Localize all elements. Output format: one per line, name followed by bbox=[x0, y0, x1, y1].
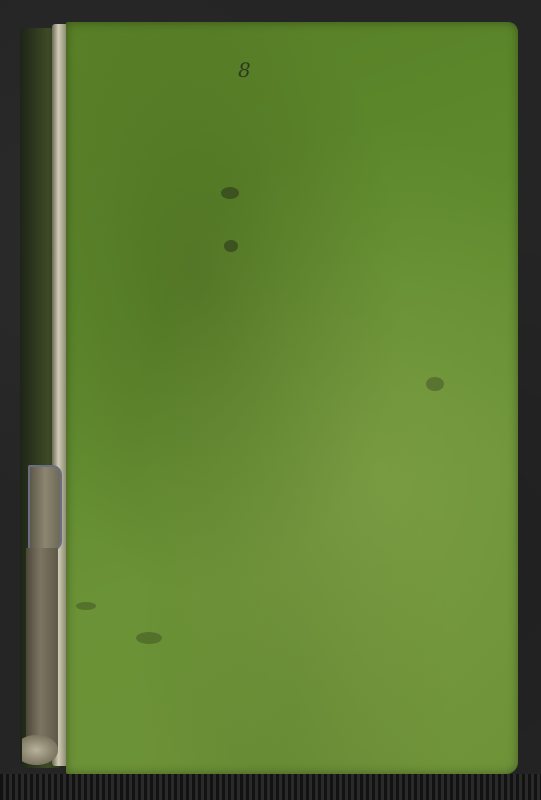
stain bbox=[224, 240, 238, 252]
book-cover bbox=[66, 22, 518, 774]
stain bbox=[76, 602, 96, 610]
stain bbox=[136, 632, 162, 644]
spine-label-bottom bbox=[26, 548, 58, 748]
handwritten-mark: 8 bbox=[238, 58, 251, 82]
spine-label-top bbox=[28, 465, 62, 551]
stain bbox=[221, 187, 239, 199]
bottom-edge-strip bbox=[0, 774, 541, 800]
stain bbox=[426, 377, 444, 391]
torn-spine-paper bbox=[22, 735, 58, 765]
